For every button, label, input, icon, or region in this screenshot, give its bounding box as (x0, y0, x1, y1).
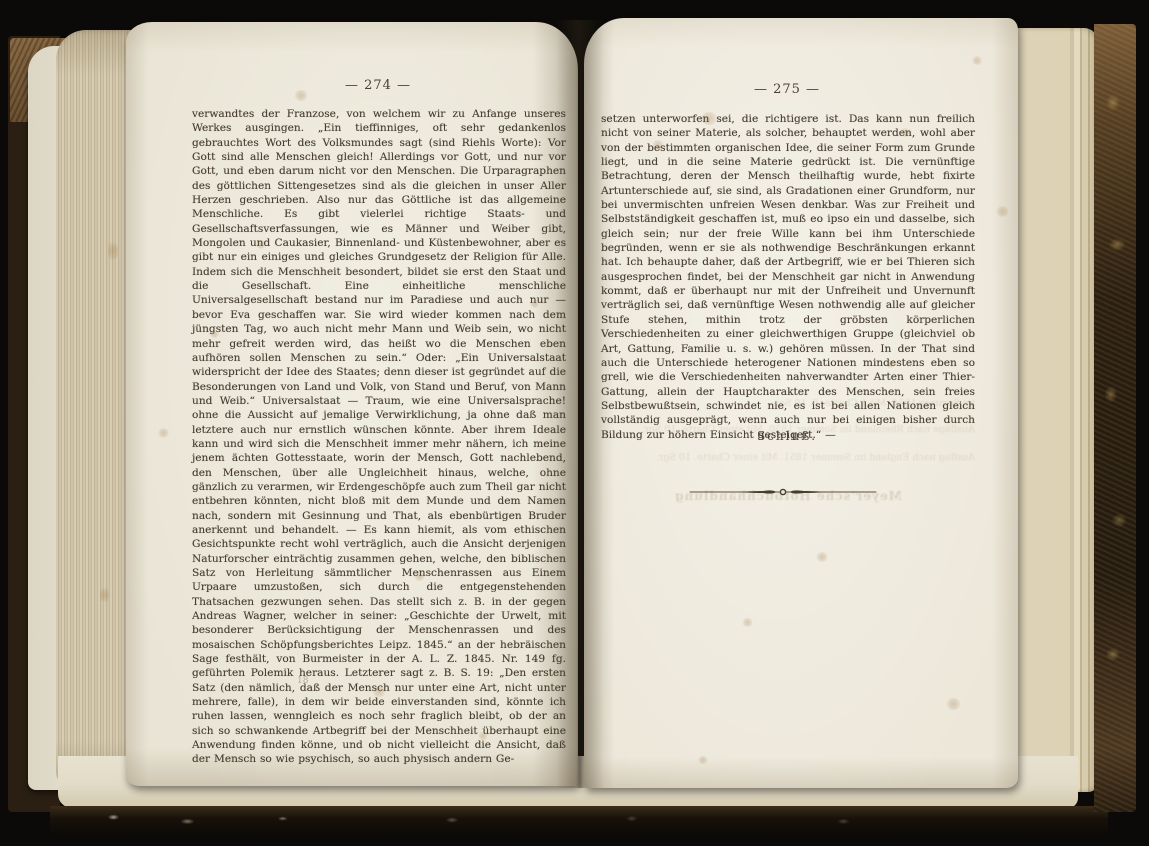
book-scan: — 274 — verwandtes der Franzose, von wel… (0, 0, 1149, 846)
foxing-spot (900, 128, 910, 137)
foxing-spot (100, 586, 109, 604)
foxing-spot (108, 240, 118, 262)
show-through-line: im Sommer 1854. Mit 1 Charte. 8. 10 Sgr. (601, 398, 975, 410)
foxing-spot (972, 56, 982, 65)
body-text-left: verwandtes der Franzose, von welchem wir… (192, 107, 566, 689)
foxing-spot (256, 240, 266, 249)
foxing-spot (414, 572, 425, 581)
foxing-spot (530, 300, 539, 308)
book-cover-right-marbled (1094, 24, 1136, 812)
foxing-spot (996, 206, 1009, 217)
body-text-right: setzen unterworfen sei, die richtigere i… (601, 112, 975, 412)
foxing-spot (698, 756, 708, 764)
page-number-274: — 274 — (278, 78, 478, 93)
foxing-spot (210, 330, 219, 338)
book-cover-bottom-edge (50, 806, 1108, 834)
page-number-275: — 275 — (687, 82, 887, 97)
page-stack-right-edge (1014, 28, 1098, 792)
foxing-spot (478, 732, 488, 740)
foxing-spot (816, 552, 828, 562)
foxing-spot (742, 618, 753, 627)
tailpiece-ornament (688, 485, 878, 499)
foxing-spot (652, 140, 664, 150)
foxing-spot (372, 686, 386, 697)
foxing-spot (946, 698, 961, 710)
foxing-spot (294, 90, 308, 101)
foxing-spot (158, 428, 169, 438)
foxing-spot (700, 112, 718, 125)
signature-mark: 18 (297, 676, 308, 686)
show-through-line: Ausflüge nach Rheinland im Sommer 1850. … (601, 424, 975, 436)
show-through-line: Ausflug nach England im Sommer 1851. Mit… (601, 452, 975, 464)
foxing-spot (886, 360, 895, 368)
